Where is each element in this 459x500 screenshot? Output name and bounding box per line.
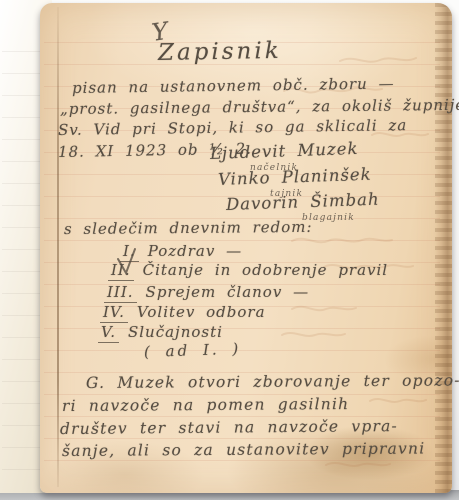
agenda-item: IV.Volitev odbora <box>100 303 266 323</box>
agenda-item: I.Pozdrav — <box>120 242 242 262</box>
agenda-text: Slučajnosti <box>128 323 223 341</box>
body-line: društev ter stavi na navzoče vpra- <box>60 417 398 438</box>
section-mark: ( ad I. ) <box>144 340 242 361</box>
intro-line: „prost. gasilnega društva“, za okoliš žu… <box>60 96 459 118</box>
agenda-numeral: V. <box>98 323 119 343</box>
signatory-name: Davorin Šimbah <box>226 190 380 214</box>
agenda-item: II.Čitanje in odobrenje pravil <box>108 261 388 281</box>
signatory-name: Ljudevit Muzek <box>210 139 359 163</box>
agenda-text: Sprejem članov — <box>146 283 310 301</box>
agenda-numeral: I. <box>120 242 139 262</box>
agenda-text: Pozdrav — <box>148 242 242 260</box>
agenda-numeral: III. <box>104 283 137 303</box>
body-line: šanje, ali so za ustanovitev pripravni <box>62 439 425 460</box>
body-line: ri navzoče na pomen gasilnih <box>62 395 349 415</box>
body-line: G. Muzek otvori zborovanje ter opozo- <box>86 371 459 392</box>
scanned-notebook-photo: Y Zapisnik pisan na ustanovnem obč. zbor… <box>0 0 459 500</box>
agenda-text: Čitanje in odobrenje pravil <box>143 261 388 279</box>
agenda-item: III.Sprejem članov — <box>104 283 309 303</box>
intro-line: Sv. Vid pri Stopi, ki so ga sklicali za <box>58 116 407 139</box>
manuscript-page: Y Zapisnik pisan na ustanovnem obč. zbor… <box>40 3 452 493</box>
intro-line: pisan na ustanovnem obč. zboru — <box>72 74 395 97</box>
agenda-heading: s sledečim dnevnim redom: <box>64 218 313 238</box>
signatory-name: Vinko Planinšek <box>218 165 372 189</box>
agenda-text: Volitev odbora <box>137 303 266 321</box>
agenda-numeral: II. <box>108 261 134 281</box>
page-crease <box>57 7 59 487</box>
agenda-numeral: IV. <box>100 303 128 323</box>
doc-title: Zapisnik <box>158 38 282 66</box>
book-fore-edge <box>435 3 452 493</box>
